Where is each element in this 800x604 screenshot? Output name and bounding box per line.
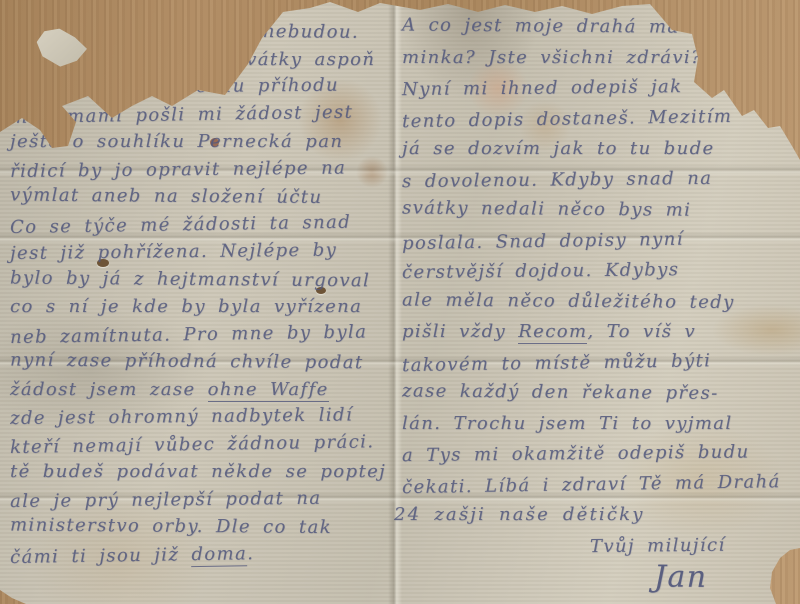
handwritten-line: svátky nedali něco bys mi bbox=[402, 193, 798, 227]
handwritten-line: čekati. Líbá i zdraví Tě má Drahá bbox=[402, 466, 798, 503]
paper-hole bbox=[104, 95, 115, 103]
handwritten-line: tento dopis dostaneš. Mezitím bbox=[402, 100, 798, 137]
handwritten-line: nyní zase příhodná chvíle podat bbox=[10, 346, 394, 377]
handwritten-line: kteří nemají vůbec žádnou práci. bbox=[10, 427, 394, 461]
letter-paper: ý dávati ani nebudou. No já si myslím na… bbox=[0, 0, 800, 604]
signature: Jan bbox=[654, 560, 798, 595]
underlined-phrase: Recom bbox=[518, 321, 587, 344]
handwritten-line: 24 zašji naše dětičky bbox=[394, 500, 798, 531]
handwritten-line: ale měla něco důležitého tedy bbox=[402, 285, 798, 319]
torn-paper-scrap bbox=[32, 23, 91, 73]
photo-background: ý dávati ani nebudou. No já si myslím na… bbox=[0, 0, 800, 604]
handwritten-line: tě budeš podávat někde se poptej bbox=[10, 458, 394, 486]
handwritten-line: A co jest moje drahá ma bbox=[402, 10, 798, 44]
handwritten-line: žádost jsem zase ohne Waffe bbox=[10, 376, 394, 404]
letter-closing: Tvůj milující bbox=[590, 529, 798, 562]
handwritten-line: na 3 dni! Pro všechu příhodu bbox=[10, 71, 394, 103]
line-text: , To víš v bbox=[587, 321, 696, 342]
handwritten-line: výmlat aneb na složení účtu bbox=[10, 181, 394, 212]
handwritten-line: ale je prý nejlepší podat na bbox=[10, 483, 394, 515]
handwritten-line: já se dozvím jak to tu bude bbox=[402, 134, 798, 165]
underlined-phrase: ohne Waffe bbox=[208, 379, 329, 402]
handwritten-line: zase každý den řekane přes- bbox=[402, 376, 798, 410]
letter-left-column: ý dávati ani nebudou. No já si myslím na… bbox=[10, 18, 394, 568]
handwritten-line: Nyní mi ihned odepiš jak bbox=[402, 71, 798, 106]
handwritten-line: milá mami pošli mi žádost jest bbox=[10, 97, 394, 131]
handwritten-line: pišli vždy Recom, To víš v bbox=[402, 317, 798, 348]
handwritten-line: co s ní je kde by byla vyřízena bbox=[10, 293, 394, 321]
line-text: pišli vždy bbox=[402, 321, 518, 342]
handwritten-line: ještě o souhlíku Pernecká pan bbox=[10, 128, 394, 156]
handwritten-line: ministerstvo orby. Dle co tak bbox=[10, 511, 394, 542]
handwritten-line: bylo by já z hejtmanství urgoval bbox=[10, 264, 394, 295]
handwritten-line: zde jest ohromný nadbytek lidí bbox=[10, 401, 394, 433]
line-text: žádost jsem zase bbox=[10, 379, 208, 400]
underlined-phrase: doma bbox=[191, 543, 247, 567]
handwritten-line: jest již pohřížena. Nejlépe by bbox=[10, 236, 394, 268]
handwritten-line: a Tys mi okamžitě odepiš budu bbox=[402, 437, 798, 472]
handwritten-line: takovém to místě můžu býti bbox=[402, 344, 798, 381]
line-text: čámi ti jsou již bbox=[10, 544, 192, 568]
handwritten-line: řidicí by jo opravit nejlépe na bbox=[10, 153, 394, 185]
handwritten-line: s dovolenou. Kdyby snad na bbox=[402, 162, 798, 197]
letter-right-column: A co jest moje drahá ma minka? Jste všic… bbox=[402, 12, 798, 595]
line-text: . bbox=[247, 543, 254, 564]
handwritten-line: čámi ti jsou již doma. bbox=[10, 537, 394, 571]
handwritten-line: minka? Jste všichni zdrávi? bbox=[402, 43, 798, 74]
handwritten-line: čerstvější dojdou. Kdybys bbox=[402, 254, 798, 289]
handwritten-line: lán. Trochu jsem Ti to vyjmal bbox=[402, 409, 798, 440]
handwritten-line: ý dávati ani nebudou. bbox=[118, 17, 394, 47]
